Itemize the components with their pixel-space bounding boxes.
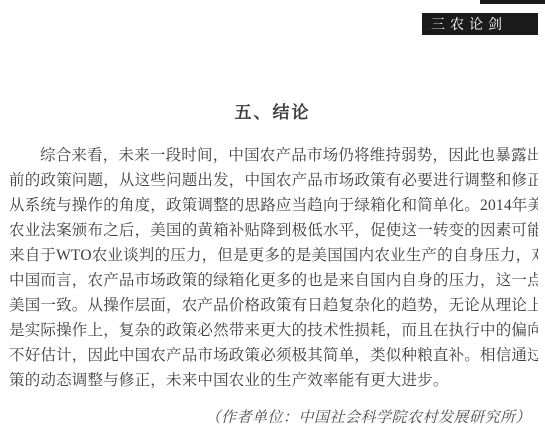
column-badge-label: 三农论剑 <box>431 14 507 34</box>
paragraph-line: 前的政策问题，从这些问题出发，中国农产品市场政策有必要进行调整和修正。 <box>9 168 538 193</box>
paragraph-line: 策的动态调整与修正，未来中国农业的生产效率能有更大进步。 <box>9 368 538 393</box>
section-heading: 五、结论 <box>0 98 545 123</box>
document-page: 三农论剑 五、结论 综合来看，未来一段时间，中国农产品市场仍将维持弱势，因此也暴… <box>0 0 545 438</box>
paragraph-line: 来自于WTO农业谈判的压力，但是更多的是美国国内农业生产的自身压力，对于 <box>9 243 538 268</box>
paragraph-line: 农业法案颁布之后，美国的黄箱补贴降到极低水平，促使这一转变的因素可能有 <box>9 218 538 243</box>
column-badge: 三农论剑 <box>422 13 538 35</box>
body-paragraph: 综合来看，未来一段时间，中国农产品市场仍将维持弱势，因此也暴露出当 前的政策问题… <box>9 143 538 393</box>
paragraph-line: 是实际操作上，复杂的政策必然带来更大的技术性损耗，而且在执行中的偏向更 <box>9 318 538 343</box>
paragraph-line: 从系统与操作的角度，政策调整的思路应当趋向于绿箱化和简单化。2014年美国 <box>9 193 538 218</box>
paragraph-line: 美国一致。从操作层面，农产品价格政策有日趋复杂化的趋势，无论从理论上还 <box>9 293 538 318</box>
top-corner-strip <box>480 0 545 4</box>
paragraph-line: 综合来看，未来一段时间，中国农产品市场仍将维持弱势，因此也暴露出当 <box>9 143 538 168</box>
paragraph-line: 不好估计，因此中国农产品市场政策必须极其简单，类似种粮直补。相信通过政 <box>9 343 538 368</box>
paragraph-line: 中国而言，农产品市场政策的绿箱化更多的也是来自国内自身的压力，这一点与 <box>9 268 538 293</box>
author-affiliation: （作者单位：中国社会科学院农村发展研究所） <box>0 406 531 431</box>
